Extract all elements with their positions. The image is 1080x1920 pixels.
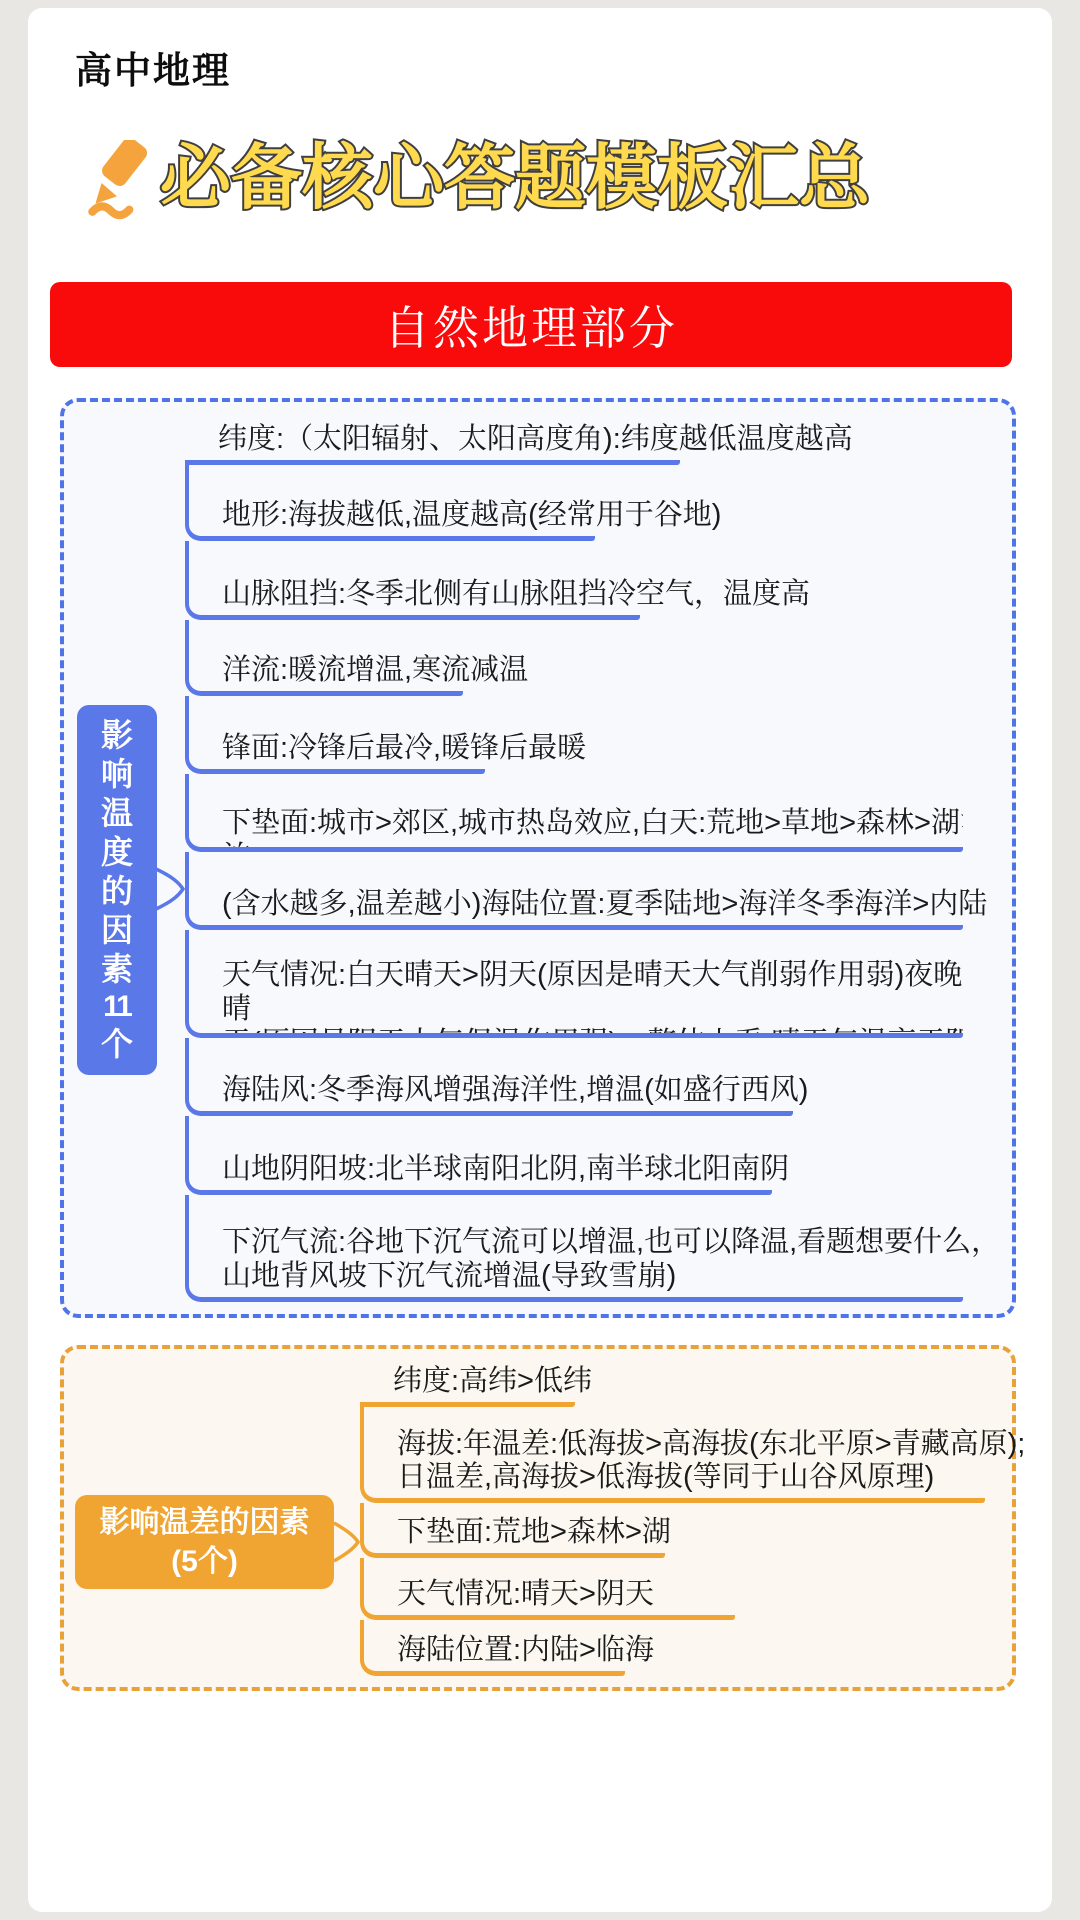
branch-row: 地形:海拔越低,温度越高(经常用于谷地) [185, 465, 595, 541]
branch-text: 纬度:高纬>低纬 [393, 1365, 592, 1398]
section-banner-label: 自然地理部分 [384, 292, 678, 358]
temp-range-node-line: 影响温差的因素 [100, 1503, 310, 1542]
branch-row: 纬度:（太阳辐射、太阳高度角):纬度越低温度越高 [185, 402, 680, 465]
temp-range-root-node: 影响温差的因素 (5个) [75, 1495, 334, 1589]
branch-text: 地形:海拔越低,温度越高(经常用于谷地) [222, 498, 721, 532]
page-kicker: 高中地理 [75, 40, 231, 94]
branch-text: 下垫面:荒地>森林>湖 [397, 1516, 671, 1549]
temperature-branches: 纬度:（太阳辐射、太阳高度角):纬度越低温度越高地形:海拔越低,温度越高(经常用… [185, 402, 963, 1302]
branch-text: 海拔:年温差:低海拔>高海拔(东北平原>青藏高原);日温差,高海拔>低海拔(等同… [397, 1428, 1025, 1494]
branch-text: 海陆风:冬季海风增强海洋性,增温(如盛行西风) [222, 1073, 808, 1107]
branch-row: 洋流:暖流增温,寒流减温 [185, 620, 463, 696]
temperature-node-char: 因 [101, 911, 133, 950]
branch-row: 天气情况:晴天>阴天 [360, 1558, 735, 1620]
temperature-node-char: 度 [101, 833, 133, 872]
branch-row: 海陆风:冬季海风增强海洋性,增温(如盛行西风) [185, 1038, 793, 1116]
branch-text: 山地阴阳坡:北半球南阳北阴,南半球北阳南阴 [222, 1152, 789, 1186]
temperature-node-char: 温 [101, 794, 133, 833]
branch-text: 山脉阻挡:冬季北侧有山脉阻挡冷空气，温度高 [222, 577, 810, 611]
branch-row: 海拔:年温差:低海拔>高海拔(东北平原>青藏高原);日温差,高海拔>低海拔(等同… [360, 1407, 985, 1503]
branch-row: 锋面:冷锋后最冷,暖锋后最暖 [185, 696, 485, 774]
branch-text: (含水越多,温差越小)海陆位置:夏季陆地>海洋冬季海洋>内陆 [222, 887, 987, 921]
temperature-node-char: 素 [101, 950, 133, 989]
branch-row: 纬度:高纬>低纬 [360, 1349, 575, 1407]
branch-text: 海陆位置:内陆>临海 [397, 1634, 654, 1667]
branch-row: 海陆位置:内陆>临海 [360, 1620, 625, 1676]
branch-row: 下垫面:荒地>森林>湖 [360, 1503, 665, 1558]
branch-text: 纬度:（太阳辐射、太阳高度角):纬度越低温度越高 [218, 422, 853, 456]
temperature-node-connector [153, 866, 189, 912]
temp-range-node-connector [331, 1521, 363, 1563]
branch-row: 下沉气流:谷地下沉气流可以增温,也可以降温,看题想要什么，山地背风坡下沉气流增温… [185, 1195, 963, 1302]
branch-row: 下垫面:城市>郊区,城市热岛效应,白天:荒地>草地>森林>湖泊泊 [185, 774, 963, 852]
branch-text: 下沉气流:谷地下沉气流可以增温,也可以降温,看题想要什么，山地背风坡下沉气流增温… [222, 1225, 1000, 1293]
branch-text: 天气情况:晴天>阴天 [397, 1578, 654, 1611]
temperature-root-node: 影响温度的因素11个 [77, 705, 157, 1075]
branch-text: 锋面:冷锋后最冷,暖锋后最暖 [222, 731, 586, 765]
pencil-icon [82, 140, 154, 222]
temperature-node-char: 个 [101, 1025, 133, 1064]
branch-row: 山地阴阳坡:北半球南阳北阴,南半球北阳南阴 [185, 1116, 772, 1195]
temperature-node-char: 影 [101, 716, 133, 755]
poster-page: { "page": {"outer_bg": "#e9e7e4", "card_… [0, 0, 1080, 1920]
page-title-text: 必备核心答题模板汇总 [160, 139, 871, 218]
branch-text: 下垫面:城市>郊区,城市热岛效应,白天:荒地>草地>森林>湖泊泊 [222, 806, 963, 852]
branch-row: 山脉阻挡:冬季北侧有山脉阻挡冷空气，温度高 [185, 541, 640, 620]
temp-range-branches: 纬度:高纬>低纬海拔:年温差:低海拔>高海拔(东北平原>青藏高原);日温差,高海… [360, 1349, 985, 1676]
page-title: 必备核心答题模板汇总 [158, 126, 938, 226]
section-banner: 自然地理部分 [50, 282, 1012, 367]
branch-text: 天气情况:白天晴天>阴天(原因是晴天大气削弱作用弱)夜晚阴天>晴天(原因是阴天大… [222, 958, 963, 1038]
branch-text: 洋流:暖流增温,寒流减温 [222, 653, 528, 687]
temperature-node-char: 的 [101, 872, 133, 911]
temperature-node-char: 响 [101, 755, 133, 794]
branch-row: 天气情况:白天晴天>阴天(原因是晴天大气削弱作用弱)夜晚阴天>晴天(原因是阴天大… [185, 930, 963, 1038]
temperature-node-char: 11 [103, 989, 131, 1025]
branch-row: (含水越多,温差越小)海陆位置:夏季陆地>海洋冬季海洋>内陆 [185, 852, 963, 930]
temp-range-node-line: (5个) [171, 1542, 238, 1581]
